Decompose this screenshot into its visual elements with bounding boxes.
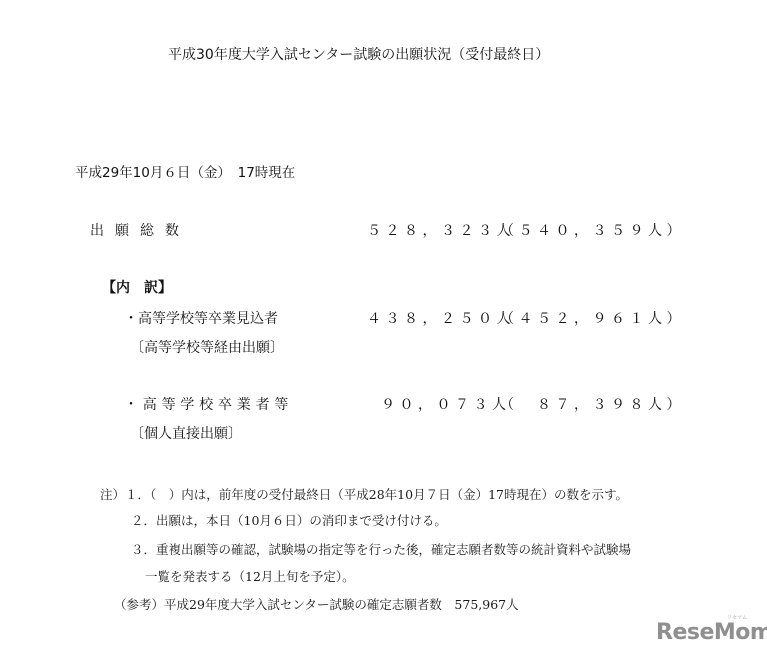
item-expected-graduates-value: ４３８，２５０人 <box>367 308 515 328</box>
total-applicants-previous: （５４０，３５９人） <box>500 220 685 240</box>
reference-note: （参考）平成29年度大学入試センター試験の確定志願者数 575,967人 <box>114 595 519 613</box>
note-2: ２．出願は，本日（10月６日）の消印まで受け付ける。 <box>131 511 447 529</box>
breakdown-heading: 【内 訳】 <box>102 277 172 297</box>
item-expected-graduates-sublabel: 〔高等学校等経由出願〕 <box>130 337 284 357</box>
resemom-logo: ReseMom. <box>656 620 767 645</box>
item-expected-graduates-label: ・高等学校等卒業見込者 <box>124 308 278 328</box>
document-title: 平成30年度大学入試センター試験の出願状況（受付最終日） <box>168 44 549 64</box>
note-3: ３．重複出願等の確認，試験場の指定等を行った後，確定志願者数等の統計資料や試験場 <box>131 540 631 558</box>
item-graduates-label: ・高等学校卒業者等 <box>124 394 293 414</box>
item-graduates-sublabel: 〔個人直接出願〕 <box>130 423 242 443</box>
note-3-continued: 一覧を発表する（12月上旬を予定）。 <box>145 567 355 585</box>
note-1: 注）１．（ ）内は，前年度の受付最終日（平成28年10月７日（金）17時現在）の… <box>100 485 628 503</box>
as-of-date: 平成29年10月６日（金） 17時現在 <box>75 161 295 181</box>
item-graduates-previous: （ ８７，３９８人） <box>500 394 685 414</box>
resemom-logo-kana: リセマム <box>727 614 747 621</box>
item-graduates-value: ９０，０７３人 <box>381 394 511 414</box>
item-expected-graduates-previous: （４５２，９６１人） <box>500 308 685 328</box>
total-applicants-label: 出願総数 <box>90 220 190 240</box>
total-applicants-value: ５２８，３２３人 <box>367 220 515 240</box>
